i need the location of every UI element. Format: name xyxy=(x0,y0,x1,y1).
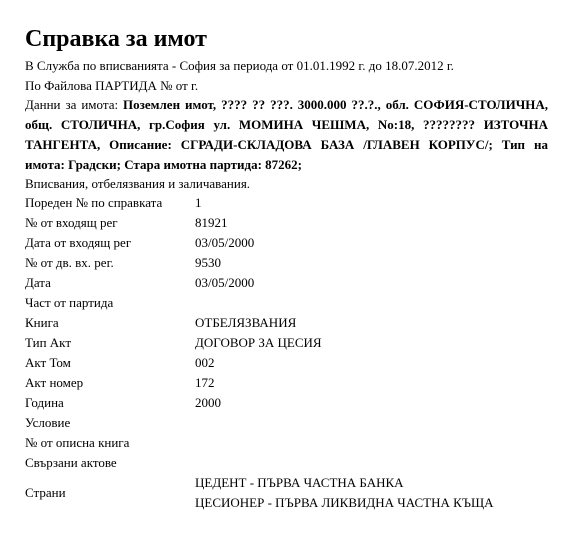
property-data-label: Данни за имота: xyxy=(25,97,123,112)
detail-label: Свързани актове xyxy=(25,453,195,473)
detail-row: Пореден № по справката1 xyxy=(25,193,565,213)
detail-value: ДОГОВОР ЗА ЦЕСИЯ xyxy=(195,333,565,353)
detail-row: Дата от входящ рег03/05/2000 xyxy=(25,233,565,253)
detail-label: № от входящ рег xyxy=(25,213,195,233)
parties-label: Страни xyxy=(25,483,195,503)
detail-value xyxy=(195,293,565,313)
detail-value xyxy=(195,413,565,433)
detail-row: Тип АктДОГОВОР ЗА ЦЕСИЯ xyxy=(25,333,565,353)
detail-label: Акт номер xyxy=(25,373,195,393)
detail-row: № от дв. вх. рег.9530 xyxy=(25,253,565,273)
detail-value: ОТБЕЛЯЗВАНИЯ xyxy=(195,313,565,333)
party-entry: ЦЕДЕНТ - ПЪРВА ЧАСТНА БАНКА xyxy=(195,473,565,493)
service-period-line: В Служба по вписванията - София за перио… xyxy=(25,56,548,76)
detail-label: Дата xyxy=(25,273,195,293)
detail-value: 1 xyxy=(195,193,565,213)
detail-row: Година2000 xyxy=(25,393,565,413)
property-data-paragraph: Данни за имота: Поземлен имот, ???? ?? ?… xyxy=(25,95,548,174)
detail-label: Тип Акт xyxy=(25,333,195,353)
parties-row: СтраниЦЕДЕНТ - ПЪРВА ЧАСТНА БАНКАЦЕСИОНЕ… xyxy=(25,473,565,513)
detail-row: № от входящ рег81921 xyxy=(25,213,565,233)
detail-label: Дата от входящ рег xyxy=(25,233,195,253)
detail-row: № от описна книга xyxy=(25,433,565,453)
detail-label: Условие xyxy=(25,413,195,433)
report-intro: В Служба по вписванията - София за перио… xyxy=(25,56,548,194)
detail-label: Акт Том xyxy=(25,353,195,373)
parties-values: ЦЕДЕНТ - ПЪРВА ЧАСТНА БАНКАЦЕСИОНЕР - ПЪ… xyxy=(195,473,565,513)
detail-value: 81921 xyxy=(195,213,565,233)
detail-row: КнигаОТБЕЛЯЗВАНИЯ xyxy=(25,313,565,333)
detail-label: Част от партида xyxy=(25,293,195,313)
party-entry: ЦЕСИОНЕР - ПЪРВА ЛИКВИДНА ЧАСТНА КЪЩА xyxy=(195,493,565,513)
detail-value: 002 xyxy=(195,353,565,373)
detail-value xyxy=(195,433,565,453)
page-title: Справка за имот xyxy=(25,25,207,53)
detail-label: Година xyxy=(25,393,195,413)
detail-value: 9530 xyxy=(195,253,565,273)
partida-line: По Файлова ПАРТИДА № от г. xyxy=(25,76,548,96)
detail-row: Свързани актове xyxy=(25,453,565,473)
detail-value: 03/05/2000 xyxy=(195,273,565,293)
detail-value xyxy=(195,453,565,473)
detail-value: 2000 xyxy=(195,393,565,413)
detail-row: Условие xyxy=(25,413,565,433)
detail-label: Книга xyxy=(25,313,195,333)
detail-value: 172 xyxy=(195,373,565,393)
detail-row: Дата03/05/2000 xyxy=(25,273,565,293)
detail-row: Акт Том002 xyxy=(25,353,565,373)
detail-row: Част от партида xyxy=(25,293,565,313)
detail-label: № от дв. вх. рег. xyxy=(25,253,195,273)
detail-value: 03/05/2000 xyxy=(195,233,565,253)
detail-row: Акт номер172 xyxy=(25,373,565,393)
detail-label: № от описна книга xyxy=(25,433,195,453)
entries-line: Вписвания, отбелязвания и заличавания. xyxy=(25,174,548,194)
entry-details-table: Пореден № по справката1№ от входящ рег81… xyxy=(25,193,565,513)
detail-label: Пореден № по справката xyxy=(25,193,195,213)
